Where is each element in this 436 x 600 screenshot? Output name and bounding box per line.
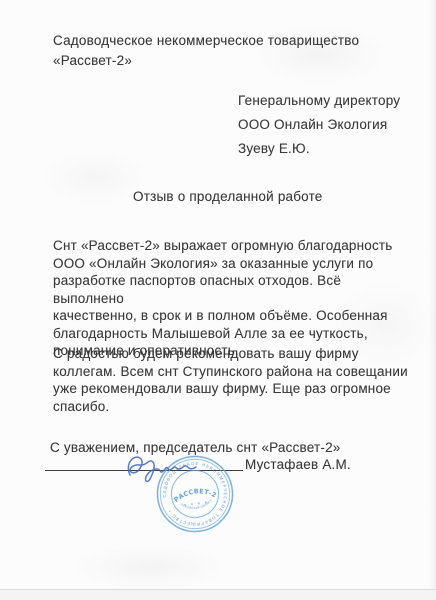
handwritten-signature	[120, 449, 212, 491]
letter-title: Отзыв о проделанной работе	[133, 189, 323, 204]
sender-block: Садоводческое некоммерческое товариществ…	[53, 31, 359, 71]
signatory-name: Мустафаев А.М.	[245, 457, 351, 472]
scan-smudge	[70, 545, 230, 590]
paragraph-2: С радостью будем рекомендовать вашу фирм…	[53, 345, 413, 415]
paragraph-1: Снт «Рассвет-2» выражает огромную благод…	[53, 237, 413, 360]
scan-edge-right	[429, 0, 436, 600]
scanned-letter-page: Садоводческое некоммерческое товариществ…	[0, 0, 436, 600]
addressee-block: Генеральному директору ООО Онлайн Эколог…	[238, 89, 400, 161]
scan-edge-bottom	[0, 589, 436, 600]
signature-stroke	[128, 457, 196, 481]
